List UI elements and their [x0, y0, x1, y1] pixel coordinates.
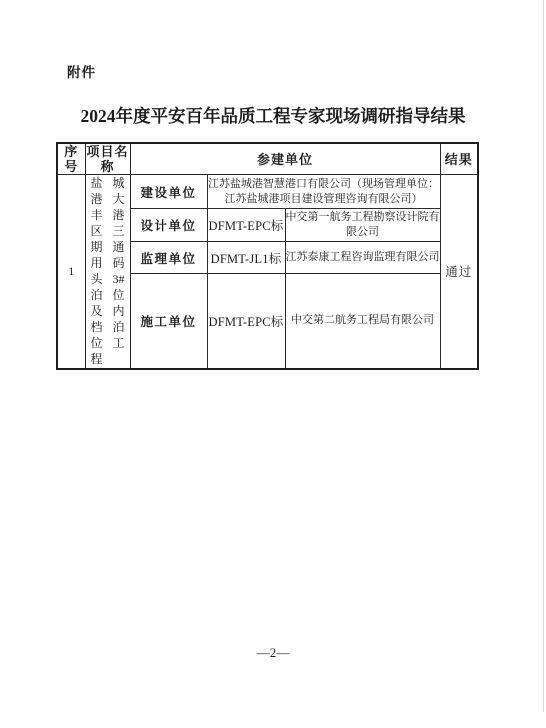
unit-role-cell: 设计单位	[130, 209, 207, 242]
unit-role-cell: 施工单位	[130, 274, 207, 369]
table-row-construction-unit: 1 盐城港大丰港区三期通用码头3#泊位及内档泊位工程 建设单位 江苏盐城港智慧港…	[57, 175, 478, 209]
col-header-index: 序号	[57, 143, 85, 175]
project-name-cell: 盐城港大丰港区三期通用码头3#泊位及内档泊位工程	[85, 175, 130, 369]
col-header-result: 结果	[440, 143, 478, 175]
company-cell: 中交第一航务工程勘察设计院有限公司	[285, 209, 440, 242]
result-cell: 通过	[440, 175, 478, 369]
attachment-label: 附件	[67, 61, 96, 81]
serial-number-cell: 1	[57, 175, 85, 369]
scan-page-edge	[543, 0, 544, 712]
company-cell: 中交第二航务工程局有限公司	[285, 274, 440, 369]
unit-role-cell: 建设单位	[130, 175, 207, 209]
document-page: 附件 2024年度平安百年品质工程专家现场调研指导结果 序号 项目名称 参建单位…	[0, 0, 546, 728]
company-cell: 江苏盐城港智慧港口有限公司（现场管理单位：江苏盐城港项目建设管理咨询有限公司）	[207, 175, 440, 209]
table-header-row: 序号 项目名称 参建单位 结果	[57, 143, 478, 175]
project-name-text: 盐城港大丰港区三期通用码头3#泊位及内档泊位工程	[91, 175, 125, 367]
document-title: 2024年度平安百年品质工程专家现场调研指导结果	[0, 103, 546, 128]
bid-section-cell: DFMT-JL1标	[207, 242, 285, 274]
company-cell: 江苏泰康工程咨询监理有限公司	[285, 242, 440, 274]
col-header-participating-units: 参建单位	[130, 143, 440, 175]
unit-role-cell: 监理单位	[130, 242, 207, 274]
bid-section-cell: DFMT-EPC标	[207, 274, 285, 369]
bid-section-cell: DFMT-EPC标	[207, 209, 285, 242]
results-table: 序号 项目名称 参建单位 结果 1 盐城港大丰港区三期通用码头3#泊位及内档泊位…	[56, 142, 479, 370]
col-header-project-name: 项目名称	[85, 143, 130, 175]
page-number: —2—	[0, 645, 546, 661]
